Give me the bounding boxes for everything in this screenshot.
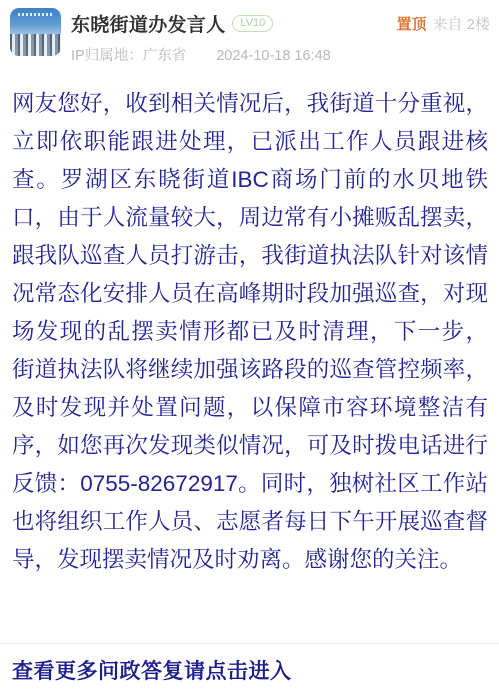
- avatar-skyline-image: [18, 13, 53, 16]
- post-header-row-top: 东晓街道办发言人 LV10 置顶 来自 2楼: [71, 10, 492, 37]
- avatar-city-image: [10, 34, 61, 56]
- more-replies-link[interactable]: 查看更多问政答复请点击进入: [12, 655, 292, 685]
- ip-location: IP归属地：广东省: [71, 48, 186, 64]
- timestamp: 2024-10-18 16:48: [216, 48, 331, 64]
- post-header-row-meta: IP归属地：广东省 2024-10-18 16:48: [71, 44, 492, 65]
- post-header-main: 东晓街道办发言人 LV10 置顶 来自 2楼 IP归属地：广东省 2024-10…: [71, 7, 492, 65]
- pinned-badge: 置顶: [396, 13, 426, 34]
- avatar[interactable]: [10, 8, 61, 56]
- floor-label: 来自 2楼: [432, 13, 490, 34]
- post-card: 东晓街道办发言人 LV10 置顶 来自 2楼 IP归属地：广东省 2024-10…: [0, 0, 499, 697]
- post-footer: 查看更多问政答复请点击进入: [0, 643, 499, 685]
- post-header: 东晓街道办发言人 LV10 置顶 来自 2楼 IP归属地：广东省 2024-10…: [0, 0, 499, 65]
- username[interactable]: 东晓街道办发言人: [71, 10, 225, 37]
- level-badge: LV10: [232, 15, 273, 32]
- post-body: 网友您好，收到相关情况后，我街道十分重视，立即依职能跟进处理，已派出工作人员跟进…: [12, 85, 488, 579]
